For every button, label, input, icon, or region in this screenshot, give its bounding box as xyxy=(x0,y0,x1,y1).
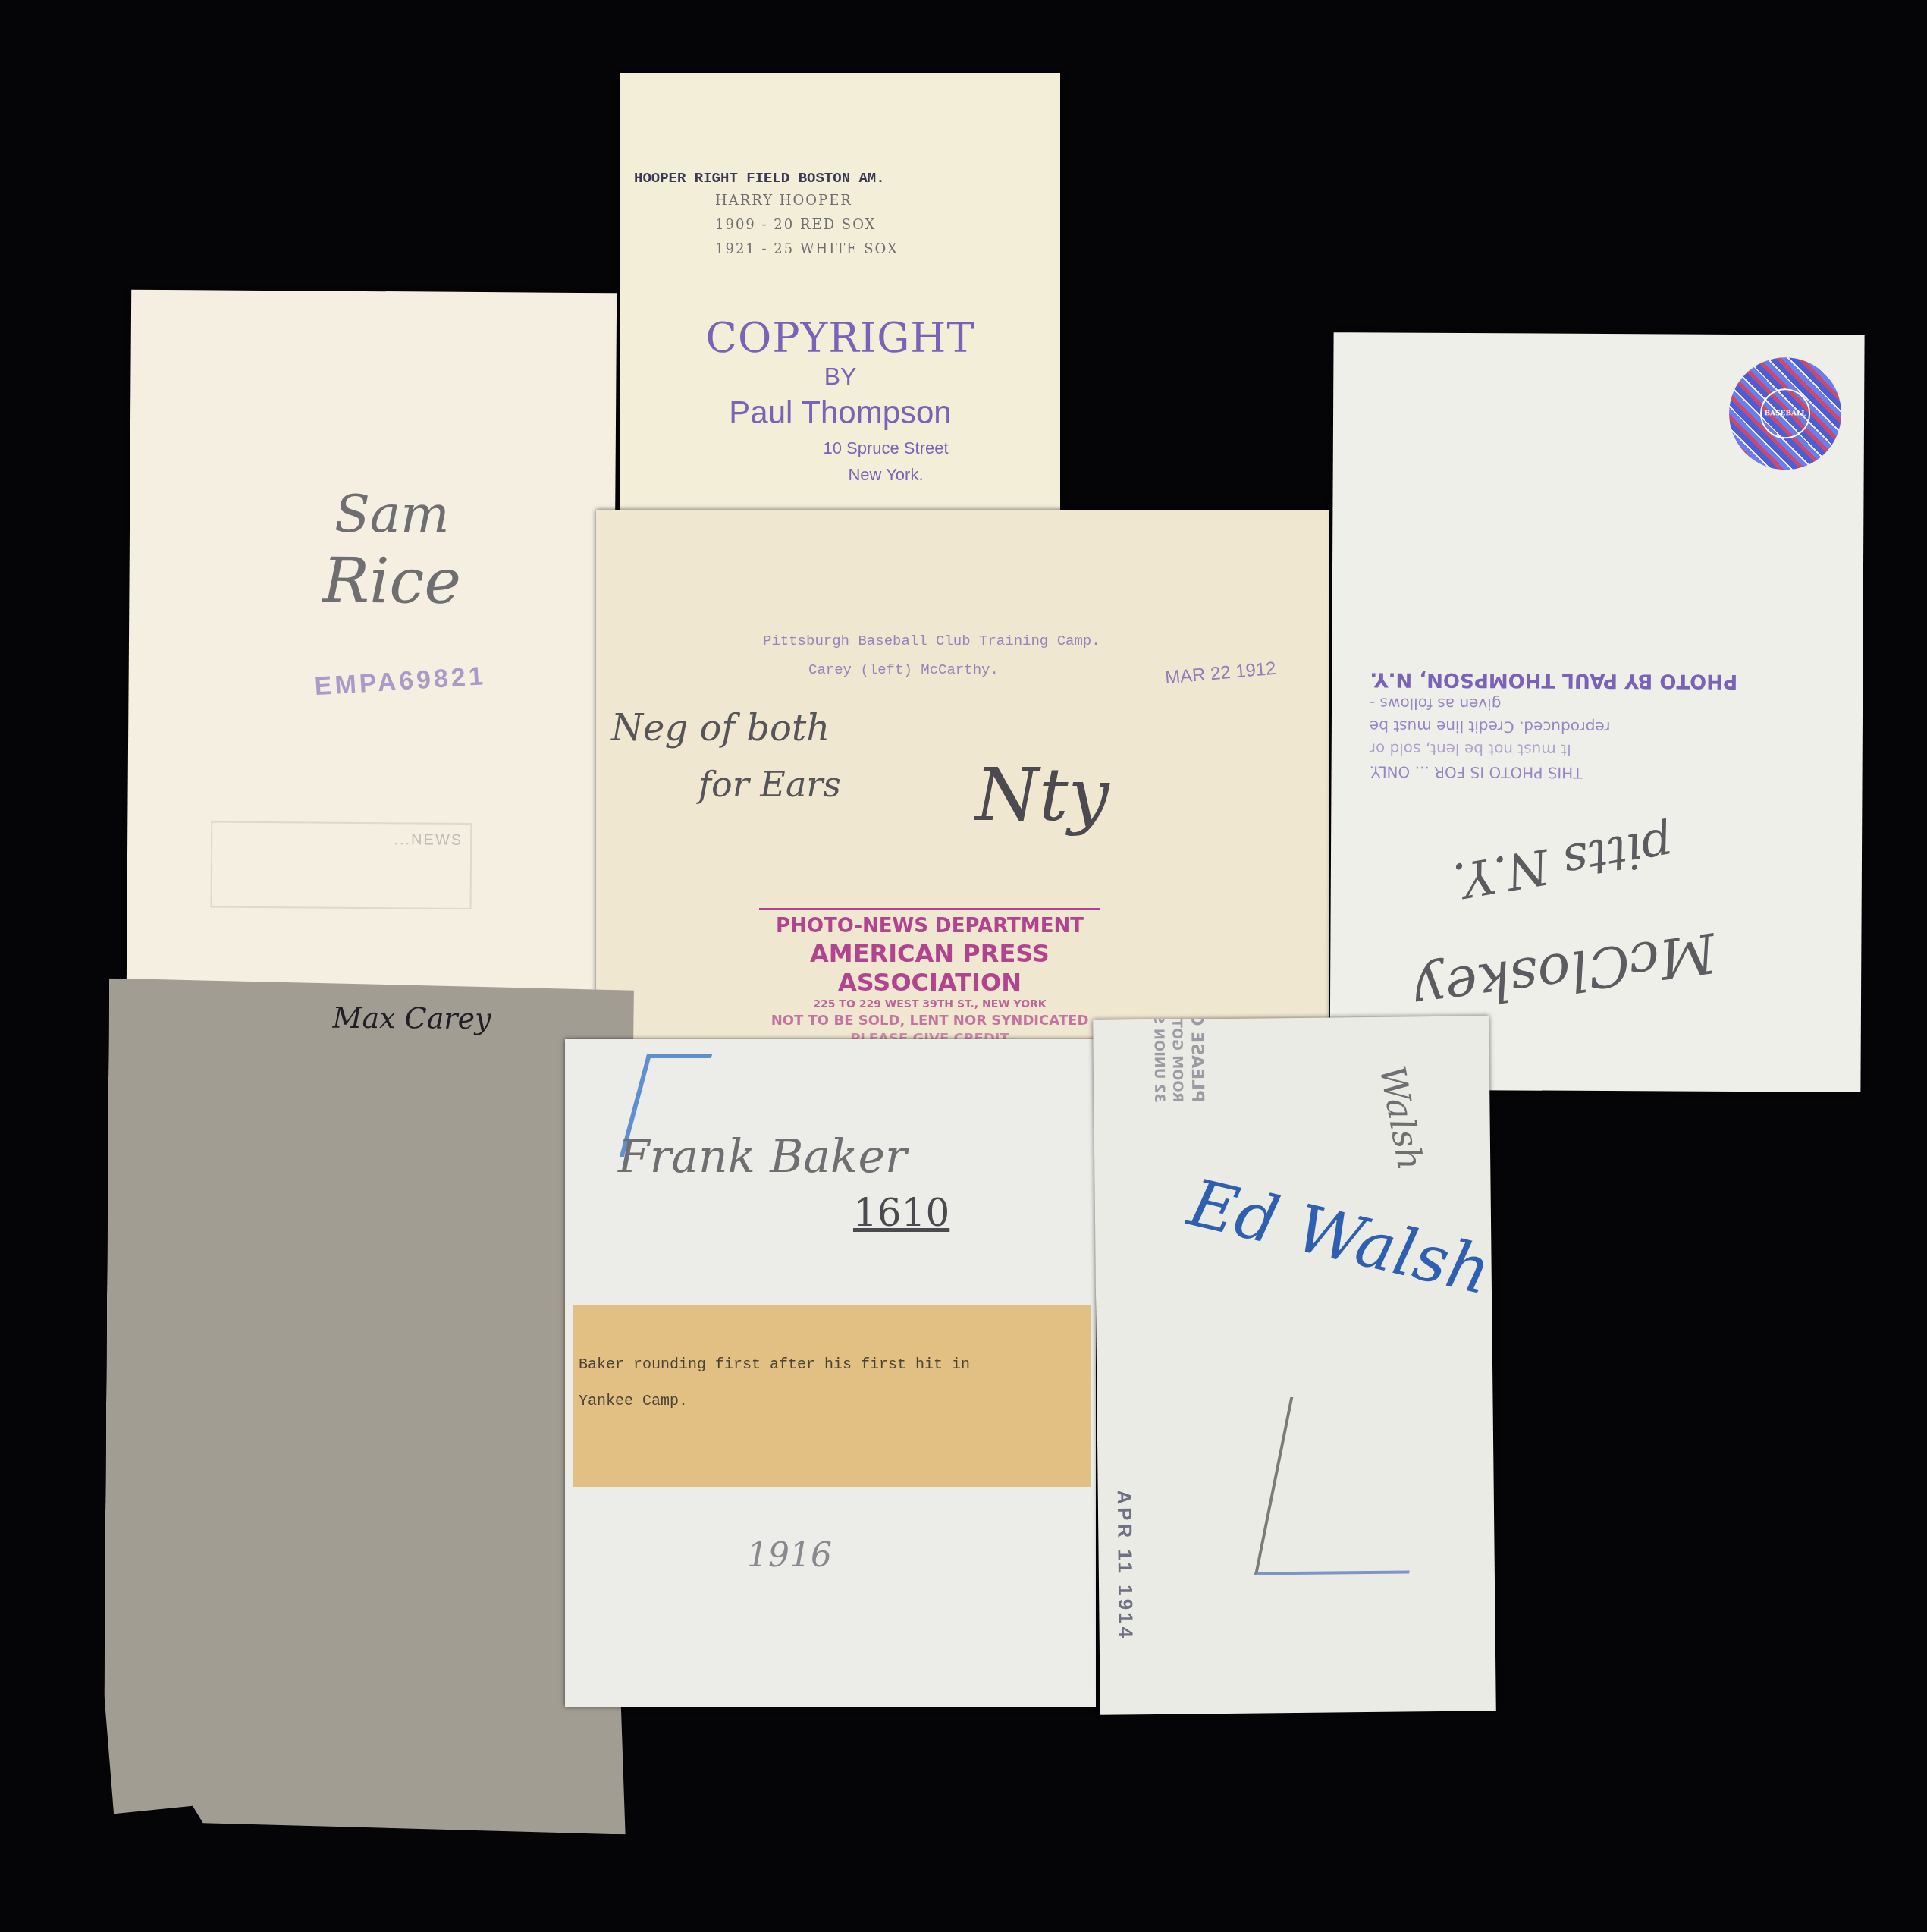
inverted-stamp-line3: reproduced. Credit line must be xyxy=(1370,715,1737,740)
press-stamp-line1: PHOTO-NEWS DEPARTMENT xyxy=(759,913,1100,939)
handwriting-white-sox: 1921 - 25 WHITE SOX xyxy=(715,241,899,257)
copyright-stamp-title: COPYRIGHT xyxy=(620,316,1060,361)
bain-stamp-line3: 32 UNION SQ. EAST, N.Y. xyxy=(1146,1016,1168,1103)
inverted-stamp-line2: It must not be lent, sold or xyxy=(1370,737,1737,762)
handwriting-for-ears: for Ears xyxy=(698,764,841,805)
inverted-handwriting-mccloskey: McCloskey xyxy=(1411,920,1719,1024)
faded-stamp-text: ...NEWS xyxy=(394,831,463,850)
pencil-walsh: Walsh xyxy=(1372,1062,1432,1173)
inverted-stamp-line4: given as follows - xyxy=(1370,692,1737,717)
copyright-stamp-name: Paul Thompson xyxy=(620,391,1060,434)
photo-back-thompson: BASEBALL THIS PHOTO IS FOR ... ONLY. It … xyxy=(1329,332,1864,1092)
typed-caption-line2: Carey (left) McCarthy. xyxy=(808,661,999,678)
handwriting-rice: Rice xyxy=(322,545,461,618)
handwriting-name: HARRY HOOPER xyxy=(715,193,852,209)
copyright-stamp-by: BY xyxy=(620,361,1060,391)
inverted-stamp-line5: PHOTO BY PAUL THOMPSON, N.Y. xyxy=(1370,666,1737,694)
handwriting-code: 1610 xyxy=(853,1191,949,1235)
photo-back-pittsburgh: Pittsburgh Baseball Club Training Camp. … xyxy=(596,510,1329,1041)
photo-back-ed-walsh: Walsh PLEASE CREDIT THE BAIN NEWS SERVIC… xyxy=(1093,1016,1496,1714)
authentication-hologram: BASEBALL xyxy=(1729,357,1842,470)
hologram-inner: BASEBALL xyxy=(1760,388,1810,438)
handwriting-year: 1916 xyxy=(747,1536,832,1575)
typed-caption: HOOPER RIGHT FIELD BOSTON AM. xyxy=(634,170,885,187)
photo-back-hooper: HOOPER RIGHT FIELD BOSTON AM. HARRY HOOP… xyxy=(620,73,1060,513)
handwriting-frank-baker: Frank Baker xyxy=(618,1130,907,1183)
serial-stamp: EMPA69821 xyxy=(314,661,487,702)
pen-scribble-mark xyxy=(1254,1396,1445,1575)
press-stamp-line3: 225 TO 229 WEST 39TH ST., NEW YORK xyxy=(759,997,1100,1012)
signature-ed-walsh: Ed Walsh xyxy=(1182,1165,1496,1310)
handwriting-red-sox: 1909 - 20 RED SOX xyxy=(715,217,876,233)
press-stamp-line4: NOT TO BE SOLD, LENT NOR SYNDICATED xyxy=(759,1012,1100,1030)
mirrored-bain-stamp: PLEASE CREDIT THE BAIN NEWS SERVICE ROOM… xyxy=(1146,1016,1207,1103)
handwriting-mark: Nty xyxy=(975,752,1109,837)
press-stamp-line2: AMERICAN PRESS ASSOCIATION xyxy=(759,939,1100,997)
copyright-stamp-address: 10 Spruce Street xyxy=(620,434,1060,463)
american-press-association-stamp: PHOTO-NEWS DEPARTMENT AMERICAN PRESS ASS… xyxy=(759,908,1100,1041)
date-stamp: APR 11 1914 xyxy=(1113,1490,1138,1641)
inverted-stamp-line1: THIS PHOTO IS FOR ... ONLY. xyxy=(1370,760,1737,785)
copyright-stamp-city: New York. xyxy=(620,463,1060,487)
date-stamp: MAR 22 1912 xyxy=(1164,658,1277,690)
typed-caption-line2: Yankee Camp. xyxy=(579,1393,688,1410)
handwriting-sam: Sam xyxy=(334,485,450,545)
typed-caption-line1: Baker rounding first after his first hit… xyxy=(579,1356,970,1374)
handwriting-neg-of-both: Neg of both xyxy=(611,707,830,749)
photo-back-frank-baker: Frank Baker 1610 Baker rounding first af… xyxy=(565,1039,1096,1707)
photo-back-max-carey: Max Carey xyxy=(103,979,634,1835)
inverted-credit-stamp: THIS PHOTO IS FOR ... ONLY. It must not … xyxy=(1370,666,1738,785)
photo-back-sam-rice: Sam Rice EMPA69821 ...NEWS xyxy=(127,290,617,991)
inverted-handwriting-pitts: pitts N.Y. xyxy=(1449,816,1677,909)
typed-caption-line1: Pittsburgh Baseball Club Training Camp. xyxy=(763,633,1100,649)
handwriting-max-carey: Max Carey xyxy=(332,1001,491,1035)
caption-label: Baker rounding first after his first hit… xyxy=(573,1305,1091,1487)
faded-stamp-box: ...NEWS xyxy=(211,821,472,909)
